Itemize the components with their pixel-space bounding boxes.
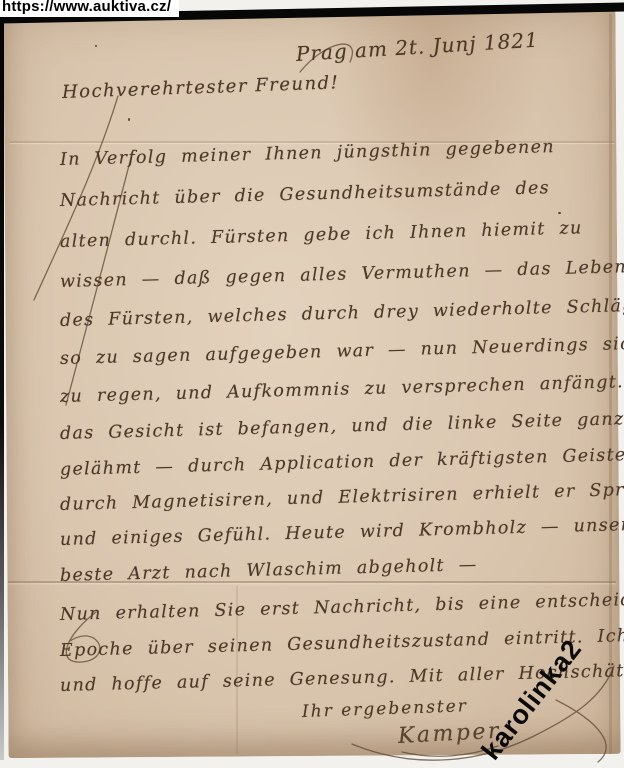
paper-speck bbox=[558, 212, 561, 214]
scanned-letter-page: { "scan": { "url_watermark": "https://ww… bbox=[0, 0, 624, 768]
scan-edge-left bbox=[0, 12, 4, 760]
paper-speck bbox=[95, 45, 97, 47]
paper-speck bbox=[128, 118, 130, 121]
auction-url-watermark[interactable]: https://www.auktiva.cz/ bbox=[0, 0, 179, 17]
